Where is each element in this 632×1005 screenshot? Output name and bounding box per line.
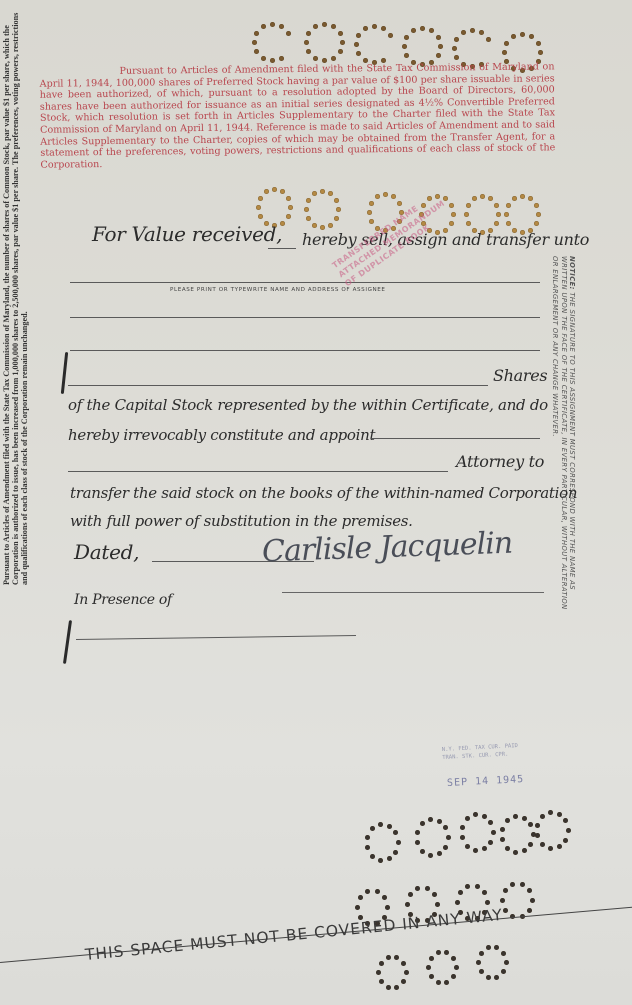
notice-label: NOTICE: [568, 256, 576, 290]
perforation-hole [513, 814, 518, 819]
perforation-hole [328, 223, 333, 228]
perforation-hole [451, 974, 456, 979]
in-presence-label: In Presence of [74, 592, 172, 608]
assignee-line-1[interactable] [70, 282, 540, 283]
perforation-hole [386, 985, 391, 990]
hereby-sell-text: hereby sell, assign and transfer unto [302, 230, 589, 249]
perforation-hole [386, 955, 391, 960]
perforation-hole [503, 908, 508, 913]
perforation-hole [375, 194, 380, 199]
perforation-hole [306, 198, 311, 203]
attorney-line[interactable] [68, 471, 448, 472]
perforation-hole [331, 56, 336, 61]
perforation-hole [381, 26, 386, 31]
perforation-hole [435, 902, 440, 907]
for-value-received: For Value received, [92, 222, 282, 246]
signature-notice: NOTICE: THE SIGNATURE TO THIS ASSIGNMENT… [551, 256, 576, 616]
substitution-text: with full power of substitution in the p… [70, 512, 413, 530]
perforation-hole [385, 905, 390, 910]
perforation-hole [404, 53, 409, 58]
perforation-hole [354, 42, 359, 47]
perforation-hole [504, 960, 509, 965]
perforation-hole [512, 196, 517, 201]
perforation-hole [473, 848, 478, 853]
perforation-hole [258, 196, 263, 201]
perforation-hole [475, 884, 480, 889]
perforation-hole [501, 969, 506, 974]
perforation-hole [429, 974, 434, 979]
perforation-hole [563, 838, 568, 843]
perforation-hole [369, 219, 374, 224]
assignor-signature: Carlisle Jacquelin [261, 526, 512, 570]
perforation-hole [443, 845, 448, 850]
perforation-hole [444, 950, 449, 955]
perforation-hole [436, 35, 441, 40]
perforation-hole [261, 24, 266, 29]
perforation-hole [534, 221, 539, 226]
perforation-hole [252, 40, 257, 45]
perforation-hole [397, 201, 402, 206]
attorney-label: Attorney to [456, 452, 544, 471]
perforation-hole [522, 816, 527, 821]
perforation-hole [500, 827, 505, 832]
perforation-hole [436, 980, 441, 985]
perforation-hole [505, 818, 510, 823]
tax-paid-stamp: N.Y. FED. TAX CUR. PAID TRAN. STK. CUR. … [442, 742, 519, 762]
perforation-hole [464, 212, 469, 217]
do-not-cover-note: THIS SPACE MUST NOT BE COVERED IN ANY WA… [84, 906, 503, 964]
perforation-hole [258, 214, 263, 219]
perforation-hole [482, 846, 487, 851]
perforation-hole [286, 196, 291, 201]
perforation-hole [338, 49, 343, 54]
shares-label: Shares [493, 366, 547, 385]
perforation-hole [393, 830, 398, 835]
perforation-hole [370, 826, 375, 831]
perforation-hole [437, 851, 442, 856]
perforation-hole [363, 26, 368, 31]
perforation-hole [367, 210, 372, 215]
perforation-hole [322, 58, 327, 63]
perforation-hole [548, 810, 553, 815]
signature-line[interactable] [282, 592, 544, 593]
perforation-hole [501, 951, 506, 956]
perforation-hole [479, 30, 484, 35]
perforation-hole [420, 849, 425, 854]
perforation-hole [528, 822, 533, 827]
perforation-hole [279, 24, 284, 29]
perforation-hole [535, 833, 540, 838]
perforation-hole [505, 846, 510, 851]
perforation-hole [540, 814, 545, 819]
perforation-hole [488, 820, 493, 825]
perforation-hole [306, 31, 311, 36]
perforation-hole [502, 50, 507, 55]
perforation-hole [365, 835, 370, 840]
perforation-hole [513, 850, 518, 855]
assignee-line-3[interactable] [70, 350, 540, 351]
perforation-hole [320, 189, 325, 194]
perforation-hole [396, 840, 401, 845]
perforation-hole [270, 58, 275, 63]
perforation-hole [455, 900, 460, 905]
perforation-hole [454, 55, 459, 60]
perforation-hole [304, 207, 309, 212]
perforation-hole [428, 817, 433, 822]
perforation-hole [443, 825, 448, 830]
perforation-hole [387, 824, 392, 829]
perforation-hole [286, 31, 291, 36]
perforation-hole [479, 969, 484, 974]
perforation-hole [506, 203, 511, 208]
capital-stock-text: of the Capital Stock represented by the … [68, 396, 548, 414]
perforation-hole [375, 889, 380, 894]
perforation-hole [482, 814, 487, 819]
perforation-hole [452, 46, 457, 51]
perforation-hole [415, 840, 420, 845]
perforation-hole [408, 892, 413, 897]
perforation-hole [503, 888, 508, 893]
perforation-hole [444, 980, 449, 985]
perforation-hole [356, 51, 361, 56]
perforation-hole [538, 50, 543, 55]
perforation-hole [279, 56, 284, 61]
perforation-hole [322, 22, 327, 27]
perforation-hole [465, 884, 470, 889]
perforation-hole [404, 35, 409, 40]
perforation-hole [401, 979, 406, 984]
for-value-rule [268, 248, 296, 249]
perforation-hole [429, 956, 434, 961]
perforation-hole [504, 41, 509, 46]
assignee-line-2[interactable] [70, 317, 540, 318]
perforation-hole [313, 56, 318, 61]
perforation-hole [402, 44, 407, 49]
perforation-hole [420, 821, 425, 826]
witness-bracket-mark [63, 620, 72, 664]
perforation-hole [494, 975, 499, 980]
perforation-hole [429, 28, 434, 33]
tax-stamp-date: SEP 14 1945 [447, 774, 525, 789]
perforation-hole [557, 812, 562, 817]
perforation-hole [500, 837, 505, 842]
perforation-hole [449, 221, 454, 226]
perforation-hole [548, 846, 553, 851]
perforation-hole [536, 41, 541, 46]
perforation-hole [496, 212, 501, 217]
perforation-hole [393, 850, 398, 855]
perforation-hole [328, 191, 333, 196]
perforation-hole [254, 31, 259, 36]
perforation-hole [312, 191, 317, 196]
perforation-hole [488, 840, 493, 845]
perforation-hole [520, 194, 525, 199]
perforation-hole [420, 26, 425, 31]
perforation-hole [261, 56, 266, 61]
perforation-hole [355, 905, 360, 910]
perforation-hole [482, 890, 487, 895]
perforation-hole [336, 207, 341, 212]
perforation-hole [510, 882, 515, 887]
perforation-hole [401, 961, 406, 966]
perforation-hole [534, 203, 539, 208]
perforation-hole [563, 818, 568, 823]
perforation-hole [486, 37, 491, 42]
perforation-hole [264, 189, 269, 194]
perforation-hole [432, 892, 437, 897]
assignee-hint: PLEASE PRINT OR TYPEWRITE NAME AND ADDRE… [170, 287, 386, 293]
perforation-hole [363, 58, 368, 63]
perforation-hole [466, 221, 471, 226]
perforation-hole [485, 900, 490, 905]
perforation-hole [472, 196, 477, 201]
perforation-hole [270, 22, 275, 27]
bracket-mark [61, 352, 68, 394]
perforation-hole [391, 194, 396, 199]
perforation-hole [381, 58, 386, 63]
perforation-hole [438, 44, 443, 49]
perforation-hole [372, 24, 377, 29]
perforation-hole [480, 194, 485, 199]
perforation-hole [306, 216, 311, 221]
perforation-hole [394, 985, 399, 990]
perforation-hole [451, 956, 456, 961]
perforation-hole [557, 844, 562, 849]
perforation-hole [365, 845, 370, 850]
perforation-hole [369, 201, 374, 206]
perforation-hole [286, 214, 291, 219]
preferred-stock-legend: Pursuant to Articles of Amendment filed … [39, 61, 555, 171]
perforation-hole [535, 823, 540, 828]
transfer-text: transfer the said stock on the books of … [70, 484, 577, 502]
perforation-hole [470, 28, 475, 33]
perforation-hole [338, 31, 343, 36]
perforation-hole [461, 30, 466, 35]
perforation-hole [527, 908, 532, 913]
perforation-hole [378, 858, 383, 863]
perforation-hole [528, 842, 533, 847]
perforation-hole [494, 221, 499, 226]
perforation-hole [382, 895, 387, 900]
perforation-hole [334, 198, 339, 203]
perforation-hole [476, 960, 481, 965]
perforation-hole [304, 40, 309, 45]
perforation-hole [460, 825, 465, 830]
perforation-hole [379, 979, 384, 984]
perforation-hole [506, 221, 511, 226]
perforation-hole [288, 205, 293, 210]
perforation-hole [356, 33, 361, 38]
witness-line[interactable] [76, 635, 356, 640]
perforation-hole [520, 882, 525, 887]
perforation-hole [405, 902, 410, 907]
perforation-hole [411, 28, 416, 33]
attorney-name-line[interactable] [372, 438, 540, 439]
perforation-hole [437, 819, 442, 824]
perforation-hole [460, 835, 465, 840]
perforation-hole [428, 853, 433, 858]
perforation-hole [486, 945, 491, 950]
perforation-hole [415, 830, 420, 835]
shares-line[interactable] [68, 385, 488, 386]
perforation-hole [379, 961, 384, 966]
perforation-hole [370, 854, 375, 859]
perforation-hole [436, 950, 441, 955]
perforation-hole [494, 203, 499, 208]
perforation-hole [313, 24, 318, 29]
perforation-hole [511, 34, 516, 39]
perforation-hole [479, 951, 484, 956]
perforation-hole [388, 33, 393, 38]
perforation-hole [522, 848, 527, 853]
perforation-hole [488, 196, 493, 201]
perforation-hole [404, 970, 409, 975]
perforation-hole [500, 898, 505, 903]
perforation-hole [376, 970, 381, 975]
perforation-hole [473, 812, 478, 817]
perforation-hole [528, 196, 533, 201]
perforation-hole [425, 886, 430, 891]
perforation-hole [494, 945, 499, 950]
hereby-irrevocably-text: hereby irrevocably constitute and appoin… [68, 426, 375, 444]
legend-paragraph: Pursuant to Articles of Amendment filed … [39, 61, 555, 171]
perforation-hole [504, 212, 509, 217]
notice-text: THE SIGNATURE TO THIS ASSIGNMENT MUST CO… [551, 256, 576, 610]
perforation-hole [465, 844, 470, 849]
perforation-hole [436, 53, 441, 58]
perforation-hole [566, 828, 571, 833]
perforation-hole [529, 34, 534, 39]
perforation-hole [280, 189, 285, 194]
perforation-hole [378, 822, 383, 827]
perforation-hole [394, 955, 399, 960]
perforation-hole [365, 889, 370, 894]
perforation-hole [446, 835, 451, 840]
perforation-hole [358, 895, 363, 900]
perforation-hole [527, 888, 532, 893]
left-margin-legend: Pursuant to Articles of Amendment filed … [2, 5, 30, 585]
perforation-hole [458, 890, 463, 895]
perforation-hole [340, 40, 345, 45]
perforation-hole [454, 965, 459, 970]
perforation-hole [530, 898, 535, 903]
perforation-hole [415, 886, 420, 891]
perforation-hole [520, 32, 525, 37]
perforation-hole [465, 816, 470, 821]
perforation-hole [272, 187, 277, 192]
perforation-hole [486, 975, 491, 980]
dated-label: Dated, [74, 540, 139, 564]
perforation-hole [306, 49, 311, 54]
perforation-hole [383, 192, 388, 197]
perforation-hole [540, 842, 545, 847]
perforation-hole [454, 37, 459, 42]
perforation-hole [491, 830, 496, 835]
perforation-hole [312, 223, 317, 228]
perforation-hole [256, 205, 261, 210]
perforation-hole [254, 49, 259, 54]
perforation-hole [334, 216, 339, 221]
perforation-hole [331, 24, 336, 29]
perforation-hole [426, 965, 431, 970]
perforation-hole [387, 856, 392, 861]
perforation-hole [536, 212, 541, 217]
